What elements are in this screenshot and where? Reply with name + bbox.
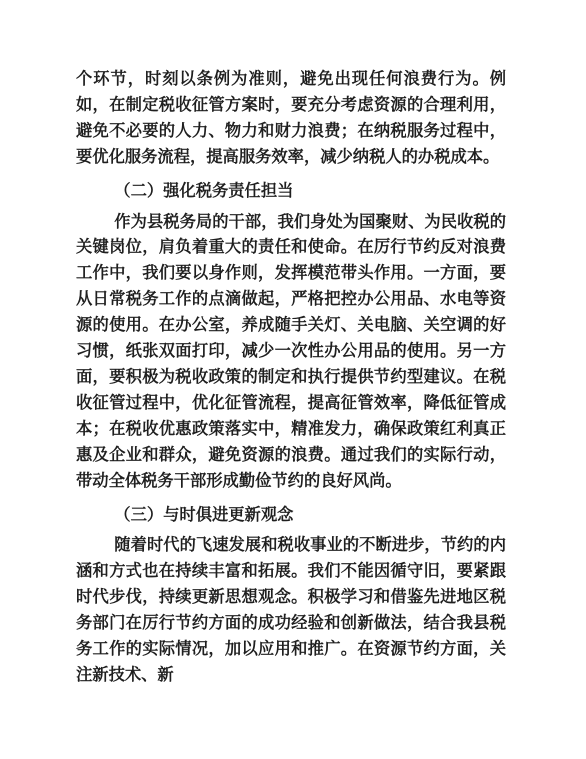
section-2-body-paragraph: 作为县税务局的干部，我们身处为国聚财、为民收税的关键岗位，肩负着重大的责任和使命… bbox=[76, 209, 506, 494]
section-3-body-paragraph: 随着时代的飞速发展和税收事业的不断进步，节约的内涵和方式也在持续丰富和拓展。我们… bbox=[76, 532, 506, 687]
section-heading-3: （三）与时俱进更新观念 bbox=[76, 502, 506, 528]
paragraph-continued-from-previous-page: 个环节，时刻以条例为准则，避免出现任何浪费行为。例如，在制定税收征管方案时，要充… bbox=[76, 66, 506, 170]
document-page: 个环节，时刻以条例为准则，避免出现任何浪费行为。例如，在制定税收征管方案时，要充… bbox=[0, 0, 586, 759]
section-heading-2: （二）强化税务责任担当 bbox=[76, 178, 506, 204]
